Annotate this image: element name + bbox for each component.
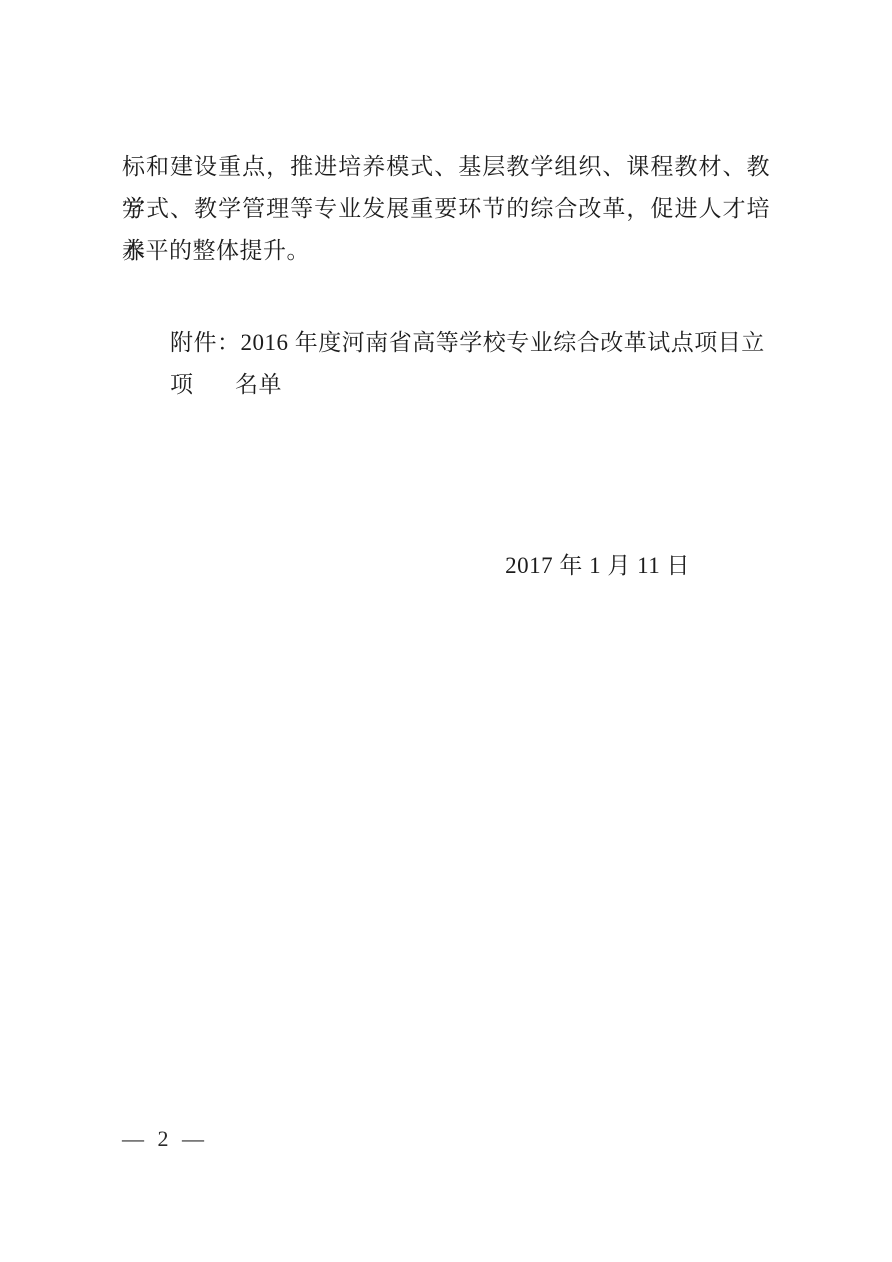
paragraph-line-1: 标和建设重点，推进培养模式、基层教学组织、课程教材、教学 (122, 146, 770, 188)
attachment-reference-line-2: 名单 (122, 364, 770, 406)
attachment-reference-line-1: 附件：2016 年度河南省高等学校专业综合改革试点项目立项 (122, 322, 770, 364)
page-number: — 2 — (122, 1124, 208, 1154)
paragraph-line-3: 水平的整体提升。 (122, 230, 770, 272)
document-date: 2017 年 1 月 11 日 (122, 545, 770, 587)
document-page: 标和建设重点，推进培养模式、基层教学组织、课程教材、教学 方式、教学管理等专业发… (0, 0, 892, 1262)
document-body: 标和建设重点，推进培养模式、基层教学组织、课程教材、教学 方式、教学管理等专业发… (122, 146, 770, 587)
paragraph-line-2: 方式、教学管理等专业发展重要环节的综合改革，促进人才培养 (122, 188, 770, 230)
